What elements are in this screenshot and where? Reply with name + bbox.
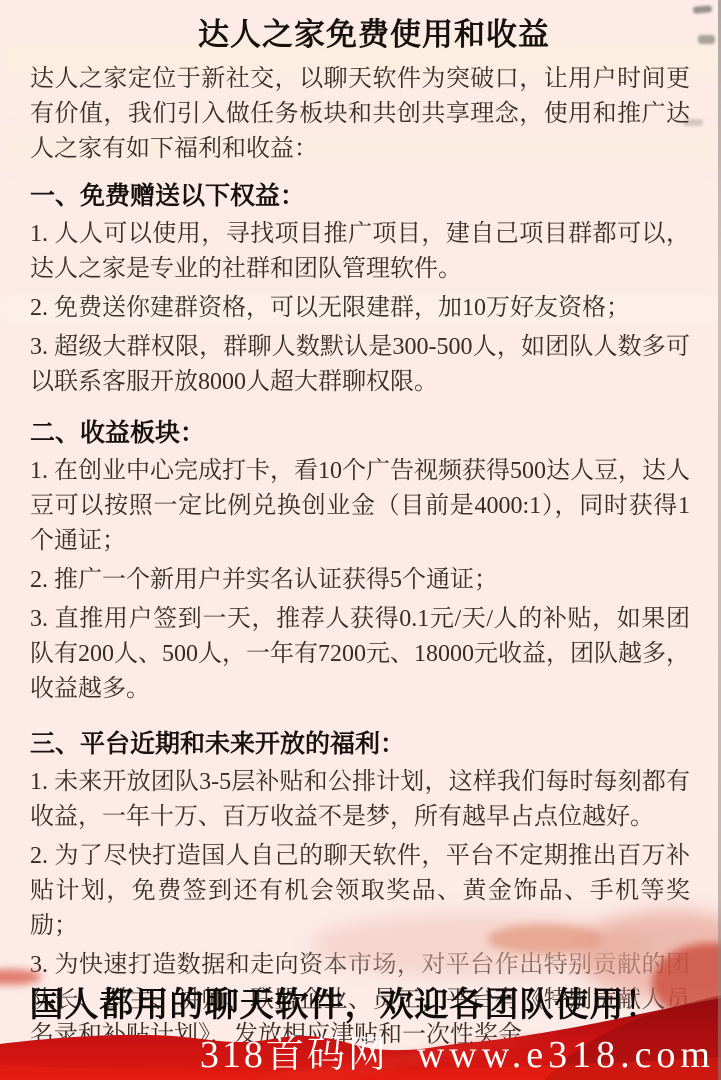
section-free-benefits: 一、免费赠送以下权益： 1. 人人可以使用，寻找项目推广项目，建自己项目群都可以… bbox=[30, 181, 690, 400]
section-heading: 一、免费赠送以下权益： bbox=[30, 181, 690, 211]
benefit-item: 2. 免费送你建群资格，可以无限建群，加10万好友资格； bbox=[30, 291, 690, 326]
site-watermark: 318首码网 www.e318.com bbox=[200, 1023, 715, 1078]
earnings-item: 2. 推广一个新用户并实名认证获得5个通证； bbox=[30, 563, 690, 598]
promo-flyer: 达人之家免费使用和收益 达人之家定位于新社交，以聊天软件为突破口，让用户时间更有… bbox=[0, 0, 721, 1080]
earnings-item: 3. 直推用户签到一天，推荐人获得0.1元/天/人的补贴，如果团队有200人、5… bbox=[30, 602, 690, 707]
intro-paragraph: 达人之家定位于新社交，以聊天软件为突破口，让用户时间更有价值，我们引入做任务板块… bbox=[30, 62, 690, 167]
section-heading: 二、收益板块： bbox=[30, 418, 690, 448]
section-heading: 三、平台近期和未来开放的福利： bbox=[30, 729, 690, 759]
benefit-item: 3. 超级大群权限，群聊人数默认是300-500人，如团队人数多可以联系客服开放… bbox=[30, 330, 690, 400]
future-item: 1. 未来开放团队3-5层补贴和公排计划，这样我们每时每刻都有收益，一年十万、百… bbox=[30, 765, 690, 835]
section-earnings: 二、收益板块： 1. 在创业中心完成打卡，看10个广告视频获得500达人豆，达人… bbox=[30, 418, 690, 707]
benefit-item: 1. 人人可以使用，寻找项目推广项目，建自己项目群都可以，达人之家是专业的社群和… bbox=[30, 217, 690, 287]
watermark-site-name: 318首码网 bbox=[200, 1023, 389, 1078]
earnings-item: 1. 在创业中心完成打卡，看10个广告视频获得500达人豆，达人豆可以按照一定比… bbox=[30, 454, 690, 559]
bottom-slogan: 国人都用的聊天软件，欢迎各团队使用！ bbox=[0, 977, 705, 1026]
page-title: 达人之家免费使用和收益 bbox=[44, 14, 704, 56]
photo-smudge-artifact bbox=[693, 5, 713, 14]
watermark-site-url: www.e318.com bbox=[417, 1033, 715, 1077]
